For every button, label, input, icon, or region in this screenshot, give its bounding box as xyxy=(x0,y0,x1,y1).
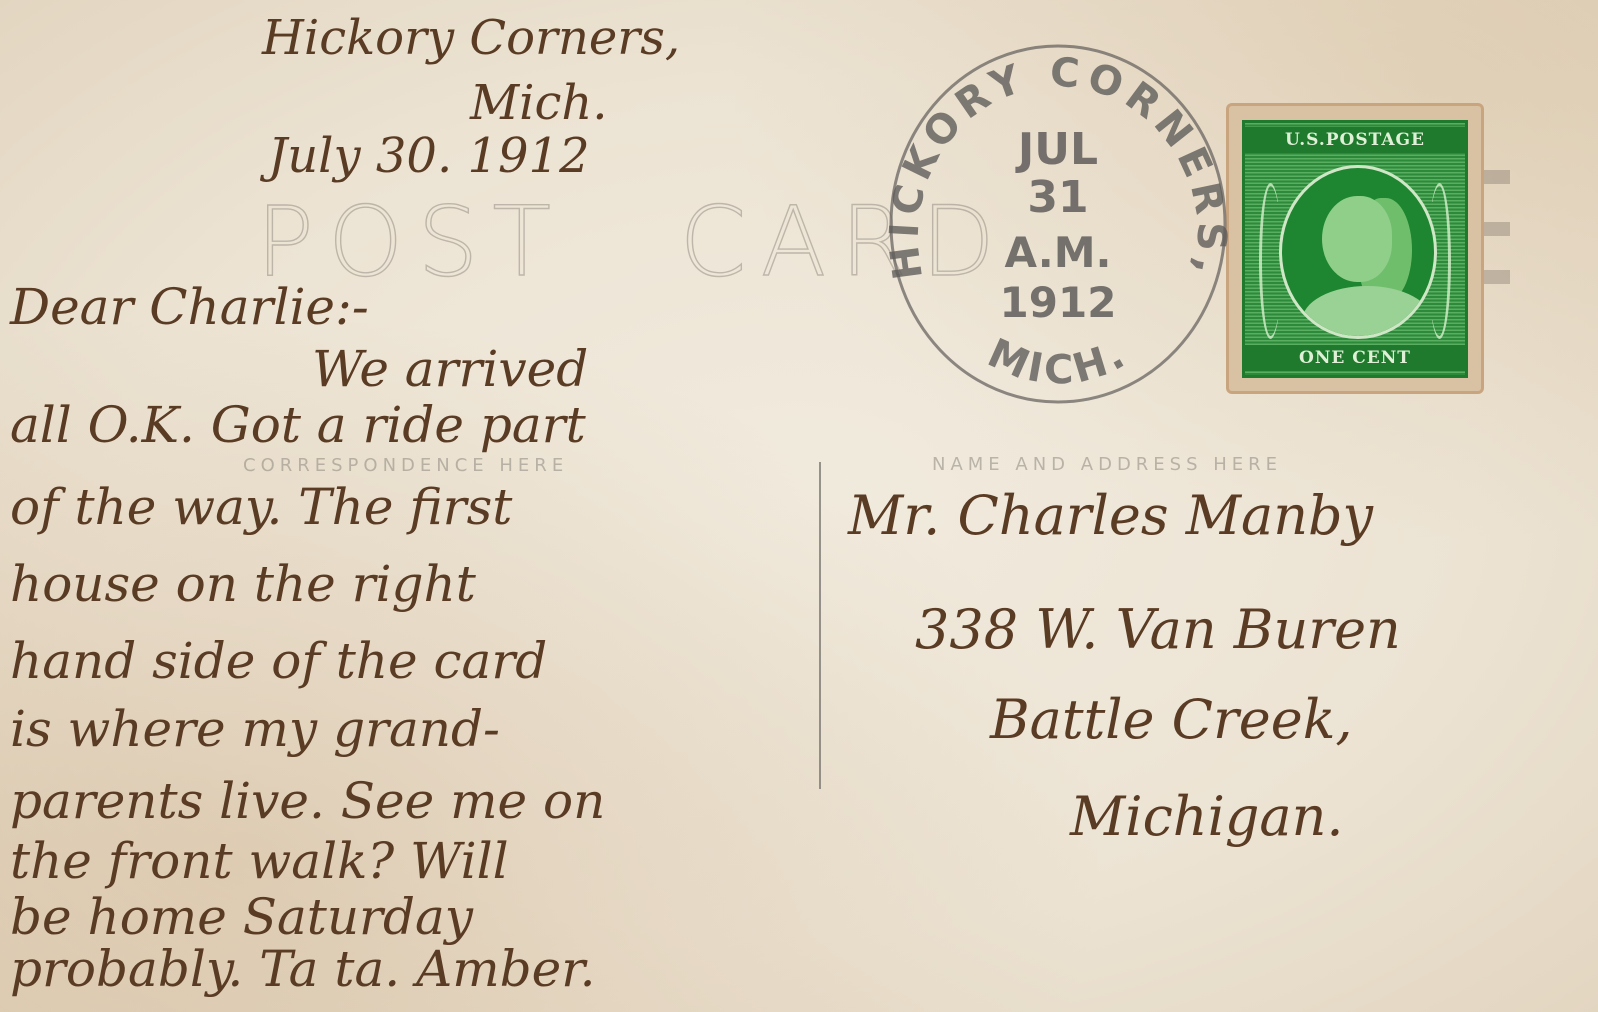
heading-date: July 30. 1912 xyxy=(268,128,590,184)
address-line-name: Mr. Charles Manby xyxy=(848,484,1373,547)
message-line: the front walk? Will xyxy=(10,832,509,890)
correspondence-label: CORRESPONDENCE HERE xyxy=(243,455,568,476)
center-divider-line xyxy=(819,462,821,789)
stamp-top-text: U.S.POSTAGE xyxy=(1245,127,1465,153)
message-line: parents live. See me on xyxy=(10,772,605,830)
heading-place-line2: Mich. xyxy=(470,75,608,131)
message-line: hand side of the card xyxy=(10,632,547,690)
message-line: Dear Charlie:- xyxy=(10,278,369,336)
message-signature-line: probably. Ta ta. Amber. xyxy=(10,940,596,998)
stamp-bottom-text: ONE CENT xyxy=(1245,345,1465,371)
cancel-bar xyxy=(1480,222,1510,236)
message-line: house on the right xyxy=(10,555,476,613)
message-line: be home Saturday xyxy=(10,888,473,946)
postmark-year: 1912 xyxy=(883,278,1233,327)
message-line: all O.K. Got a ride part xyxy=(10,396,586,454)
postmark-ring-icon: HICKORY CORNERS, MICH. xyxy=(883,42,1233,407)
postmark: HICKORY CORNERS, MICH. JUL 31 A.M. 1912 xyxy=(883,42,1233,407)
stamp-frame: U.S.POSTAGE ONE CENT xyxy=(1242,120,1468,378)
heading-place-line1: Hickory Corners, xyxy=(262,10,680,66)
message-line: We arrived xyxy=(312,340,588,398)
message-line: is where my grand- xyxy=(10,700,500,758)
postmark-time: A.M. xyxy=(883,228,1233,277)
address-line-state: Michigan. xyxy=(1070,785,1344,848)
message-line: of the way. The first xyxy=(10,478,512,536)
one-cent-stamp: U.S.POSTAGE ONE CENT xyxy=(1229,106,1481,391)
postmark-day: 31 xyxy=(883,172,1233,223)
postmark-month: JUL xyxy=(883,124,1233,175)
address-line-street: 338 W. Van Buren xyxy=(915,598,1401,661)
postcard: POST CARD CORRESPONDENCE HERE NAME AND A… xyxy=(0,0,1598,1012)
franklin-portrait-icon xyxy=(1279,165,1437,339)
cancel-bar xyxy=(1480,270,1510,284)
address-line-city: Battle Creek, xyxy=(990,688,1353,751)
cancel-bar xyxy=(1480,170,1510,184)
svg-text:MICH.: MICH. xyxy=(981,330,1135,393)
address-label: NAME AND ADDRESS HERE xyxy=(932,454,1282,475)
